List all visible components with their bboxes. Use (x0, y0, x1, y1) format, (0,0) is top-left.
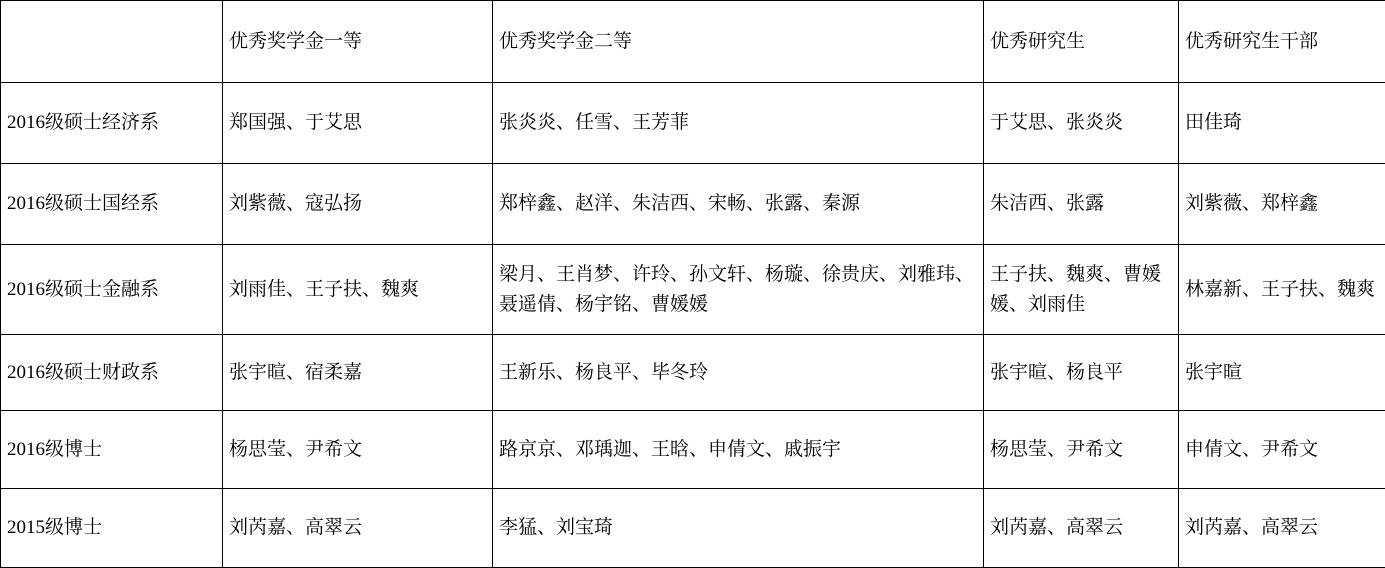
awards-table: 优秀奖学金一等 优秀奖学金二等 优秀研究生 优秀研究生干部 2016级硕士经济系… (0, 0, 1385, 568)
table-cell: 刘芮嘉、高翠云 (1179, 489, 1385, 568)
table-cell: 田佳琦 (1179, 83, 1385, 164)
table-cell: 刘紫薇、寇弘扬 (223, 164, 493, 245)
row-label: 2015级博士 (1, 489, 223, 568)
row-label: 2016级硕士财政系 (1, 335, 223, 411)
table-cell: 郑国强、于艾思 (223, 83, 493, 164)
table-row: 2016级硕士国经系 刘紫薇、寇弘扬 郑梓鑫、赵洋、朱洁西、宋畅、张露、秦源 朱… (1, 164, 1385, 245)
table-cell: 申倩文、尹希文 (1179, 411, 1385, 489)
header-cell-excellent-graduate: 优秀研究生 (984, 1, 1179, 83)
table-cell: 杨思莹、尹希文 (984, 411, 1179, 489)
row-label: 2016级硕士国经系 (1, 164, 223, 245)
table-cell: 于艾思、张炎炎 (984, 83, 1179, 164)
header-cell-scholarship-first: 优秀奖学金一等 (223, 1, 493, 83)
table-cell: 王新乐、杨良平、毕冬玲 (493, 335, 984, 411)
table-cell: 刘雨佳、王子扶、魏爽 (223, 245, 493, 335)
table-cell: 王子扶、魏爽、曹媛媛、刘雨佳 (984, 245, 1179, 335)
row-label: 2016级硕士经济系 (1, 83, 223, 164)
header-row: 优秀奖学金一等 优秀奖学金二等 优秀研究生 优秀研究生干部 (1, 1, 1385, 83)
table-row: 2016级硕士金融系 刘雨佳、王子扶、魏爽 梁月、王肖梦、许玲、孙文轩、杨璇、徐… (1, 245, 1385, 335)
table-cell: 林嘉新、王子扶、魏爽 (1179, 245, 1385, 335)
row-label: 2016级硕士金融系 (1, 245, 223, 335)
table-row: 2016级硕士经济系 郑国强、于艾思 张炎炎、任雪、王芳菲 于艾思、张炎炎 田佳… (1, 83, 1385, 164)
table-cell: 梁月、王肖梦、许玲、孙文轩、杨璇、徐贵庆、刘雅玮、聂遥倩、杨宇铭、曹媛媛 (493, 245, 984, 335)
table-cell: 刘芮嘉、高翠云 (223, 489, 493, 568)
header-cell-empty (1, 1, 223, 83)
table-cell: 杨思莹、尹希文 (223, 411, 493, 489)
table-cell: 刘紫薇、郑梓鑫 (1179, 164, 1385, 245)
table-cell: 朱洁西、张露 (984, 164, 1179, 245)
table-row: 2016级博士 杨思莹、尹希文 路京京、邓瑀迦、王晗、申倩文、戚振宇 杨思莹、尹… (1, 411, 1385, 489)
table-cell: 张宇暄、杨良平 (984, 335, 1179, 411)
table-cell: 李猛、刘宝琦 (493, 489, 984, 568)
header-cell-excellent-graduate-cadre: 优秀研究生干部 (1179, 1, 1385, 83)
table-cell: 路京京、邓瑀迦、王晗、申倩文、戚振宇 (493, 411, 984, 489)
table-row: 2016级硕士财政系 张宇暄、宿柔嘉 王新乐、杨良平、毕冬玲 张宇暄、杨良平 张… (1, 335, 1385, 411)
table-row: 2015级博士 刘芮嘉、高翠云 李猛、刘宝琦 刘芮嘉、高翠云 刘芮嘉、高翠云 (1, 489, 1385, 568)
row-label: 2016级博士 (1, 411, 223, 489)
table-cell: 郑梓鑫、赵洋、朱洁西、宋畅、张露、秦源 (493, 164, 984, 245)
table-cell: 张宇暄 (1179, 335, 1385, 411)
table-cell: 张宇暄、宿柔嘉 (223, 335, 493, 411)
table-cell: 张炎炎、任雪、王芳菲 (493, 83, 984, 164)
header-cell-scholarship-second: 优秀奖学金二等 (493, 1, 984, 83)
table-cell: 刘芮嘉、高翠云 (984, 489, 1179, 568)
